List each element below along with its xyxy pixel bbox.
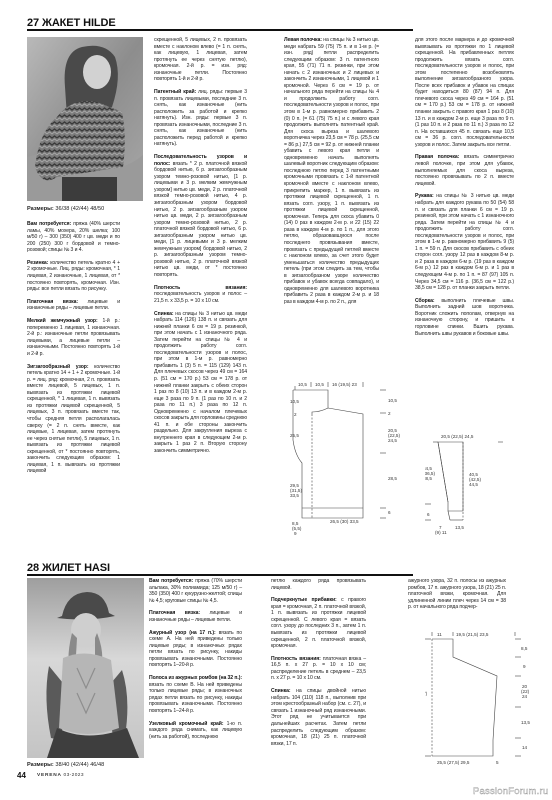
magazine-footer: VERENA 03-2023 bbox=[37, 773, 84, 778]
pattern-28-col2: петлю каждого ряда провязывать лицевой. … bbox=[271, 578, 366, 753]
pattern-27-col3: Левая полочка: на спицы № 3 нитью цв. ме… bbox=[284, 37, 379, 312]
svg-text:13,5: 13,5 bbox=[521, 720, 530, 725]
magazine-name: VERENA bbox=[37, 773, 62, 778]
section-back-cont-28: ажурного узора, 32 п. полосы из ажурных … bbox=[408, 578, 506, 611]
svg-text:10,5: 10,5 bbox=[315, 382, 324, 387]
section-assembly: Сборка: выполнить плечевые швы. Выполнит… bbox=[415, 298, 514, 337]
title-underline-28 bbox=[27, 574, 413, 576]
svg-text:8,5: 8,5 bbox=[521, 646, 528, 651]
svg-text:19,5 (21,5) 23,5: 19,5 (21,5) 23,5 bbox=[456, 632, 489, 637]
svg-text:9: 9 bbox=[294, 531, 297, 536]
svg-text:25,5 (27,5) 29,5: 25,5 (27,5) 29,5 bbox=[437, 760, 470, 765]
page-number: 44 bbox=[17, 771, 26, 780]
photo-woman-zigzag-jacket-icon bbox=[27, 37, 143, 201]
svg-text:10,5: 10,5 bbox=[290, 399, 299, 404]
section-gauge: Плотность вязания: последовательность уз… bbox=[154, 285, 247, 305]
pattern-27-title: 27 ЖАКЕТ HILDE bbox=[27, 17, 116, 29]
section-materials: Вам потребуется: пряжа (40% шерсти ламы,… bbox=[27, 221, 120, 254]
section-back-28: Спинка: на спицы двойной нитью набрать 1… bbox=[271, 688, 366, 747]
pattern-28-col3: ажурного узора, 32 п. полосы из ажурных … bbox=[408, 578, 506, 617]
sizes-value-28: 38/40 (42/44) 46/48 bbox=[55, 762, 104, 768]
section-seed: Мелкий жемчужный узор: 1-й р.: поперемен… bbox=[27, 318, 120, 357]
pattern-28-photo bbox=[27, 578, 144, 758]
svg-text:26,5 (30) 33,5: 26,5 (30) 33,5 bbox=[330, 519, 359, 524]
pattern-27-col4: для этого после маркера и до кромочной в… bbox=[415, 37, 514, 343]
section-left-front: Левая полочка: на спицы № 3 нитью цв. ме… bbox=[284, 37, 379, 305]
svg-text:38,5: 38,5 bbox=[425, 476, 432, 481]
svg-text:14: 14 bbox=[522, 745, 528, 750]
svg-text:5: 5 bbox=[496, 760, 499, 765]
section-garter: Платочная вязка: лицевые и изнаночные ря… bbox=[27, 299, 120, 312]
svg-text:6: 6 bbox=[427, 512, 430, 517]
sleeve-schematic-diagram: 20,5 (22,5) 24,5 34,5 (36,5) 38,5 6 40,5… bbox=[425, 428, 535, 558]
section-materials-28: Вам потребуется: пряжа (70% шерсти альпа… bbox=[149, 578, 242, 604]
section-zigzag: Зигзагообразный узор: количество петель … bbox=[27, 364, 120, 475]
svg-text:20,5 (22,5) 24,5: 20,5 (22,5) 24,5 bbox=[441, 434, 474, 439]
section-garter-28: Платочная вязка: лицевые и изнаночные ря… bbox=[149, 610, 242, 623]
svg-text:9: 9 bbox=[523, 664, 526, 669]
svg-text:11: 11 bbox=[437, 632, 442, 637]
vest-schematic-diagram: 11 19,5 (21,5) 23,5 65 (67) 69 8,5 9 20 … bbox=[425, 630, 535, 765]
section-lace-28: Ажурный узор (на 17 п.): вязать по схеме… bbox=[149, 630, 242, 669]
pattern-28-sizes: Размеры: 38/40 (42/44) 46/48 bbox=[27, 762, 104, 768]
svg-text:25,5: 25,5 bbox=[290, 433, 299, 438]
svg-text:28,5: 28,5 bbox=[388, 476, 397, 481]
pattern-27-col1: Вам потребуется: пряжа (40% шерсти ламы,… bbox=[27, 221, 120, 481]
section-knot-edge-cont-28: петлю каждого ряда провязывать лицевой. bbox=[271, 578, 366, 591]
sizes-value: 36/38 (42/44) 48/50 bbox=[55, 206, 104, 212]
svg-text:6: 6 bbox=[388, 510, 391, 515]
pattern-27-col2: скрещенной, 5 лицевых, 2 п. провязать вм… bbox=[154, 37, 247, 461]
sizes-label: Размеры: bbox=[27, 206, 54, 212]
title-underline bbox=[27, 29, 413, 31]
section-knot-edge-28: Узелковый кромочный край: 1-ю п. каждого… bbox=[149, 721, 242, 741]
watermark: PassionForum.ru bbox=[473, 786, 548, 797]
section-back: Спинка: на спицы № 3 нитью цв. меди набр… bbox=[154, 311, 247, 455]
svg-text:13,5: 13,5 bbox=[455, 525, 464, 530]
section-increases-28: Подчеркнутые прибавки: с правого края = … bbox=[271, 597, 366, 649]
magazine-issue: 03-2023 bbox=[64, 773, 84, 778]
svg-text:24,5: 24,5 bbox=[388, 438, 397, 443]
section-gauge-28: Плотность вязания: платочная вязка – 16,… bbox=[271, 656, 366, 682]
pattern-27-photo bbox=[27, 37, 143, 201]
section-patent-edge: Патентный край: лиц. ряды: первые 3 п. п… bbox=[154, 89, 247, 148]
section-left-front-cont: для этого после маркера и до кромочной в… bbox=[415, 37, 514, 148]
pattern-28-title: 28 ЖИЛЕТ HASI bbox=[27, 562, 110, 574]
svg-text:(67): (67) bbox=[425, 691, 428, 696]
svg-text:2: 2 bbox=[294, 412, 297, 417]
photo-woman-hat-vest-icon bbox=[27, 578, 144, 758]
svg-text:16 (19,5) 23: 16 (19,5) 23 bbox=[332, 382, 357, 387]
section-zigzag-cont: скрещенной, 5 лицевых, 2 п. провязать вм… bbox=[154, 37, 247, 83]
svg-text:10,5: 10,5 bbox=[388, 398, 397, 403]
svg-text:24: 24 bbox=[522, 694, 528, 699]
section-diamond-stripe-28: Полоса из ажурных ромбов (на 32 п.): вяз… bbox=[149, 675, 242, 714]
section-stripe-sequence: Последовательность узоров и полос: вязат… bbox=[154, 154, 247, 278]
svg-text:10,5: 10,5 bbox=[298, 382, 307, 387]
section-rib: Резинка: количество петель кратно 4 + 2 … bbox=[27, 260, 120, 293]
sizes-label-28: Размеры: bbox=[27, 762, 54, 768]
section-right-front: Правая полочка: вязать симметрично левой… bbox=[415, 154, 514, 187]
section-sleeves: Рукава: на спицы № 3 нитью цв. меди набр… bbox=[415, 193, 514, 291]
pattern-28-col1: Вам потребуется: пряжа (70% шерсти альпа… bbox=[149, 578, 242, 746]
svg-text:33,5: 33,5 bbox=[290, 493, 299, 498]
svg-text:(9) 11: (9) 11 bbox=[435, 530, 447, 535]
pattern-27-sizes: Размеры: 36/38 (42/44) 48/50 bbox=[27, 206, 104, 212]
body-schematic-left-labels: 10,5 2 25,5 29,5 (31,5) 33,5 8,5 (5,5) 9 bbox=[290, 395, 310, 555]
svg-text:44,5: 44,5 bbox=[469, 482, 478, 487]
svg-text:2: 2 bbox=[388, 411, 391, 416]
